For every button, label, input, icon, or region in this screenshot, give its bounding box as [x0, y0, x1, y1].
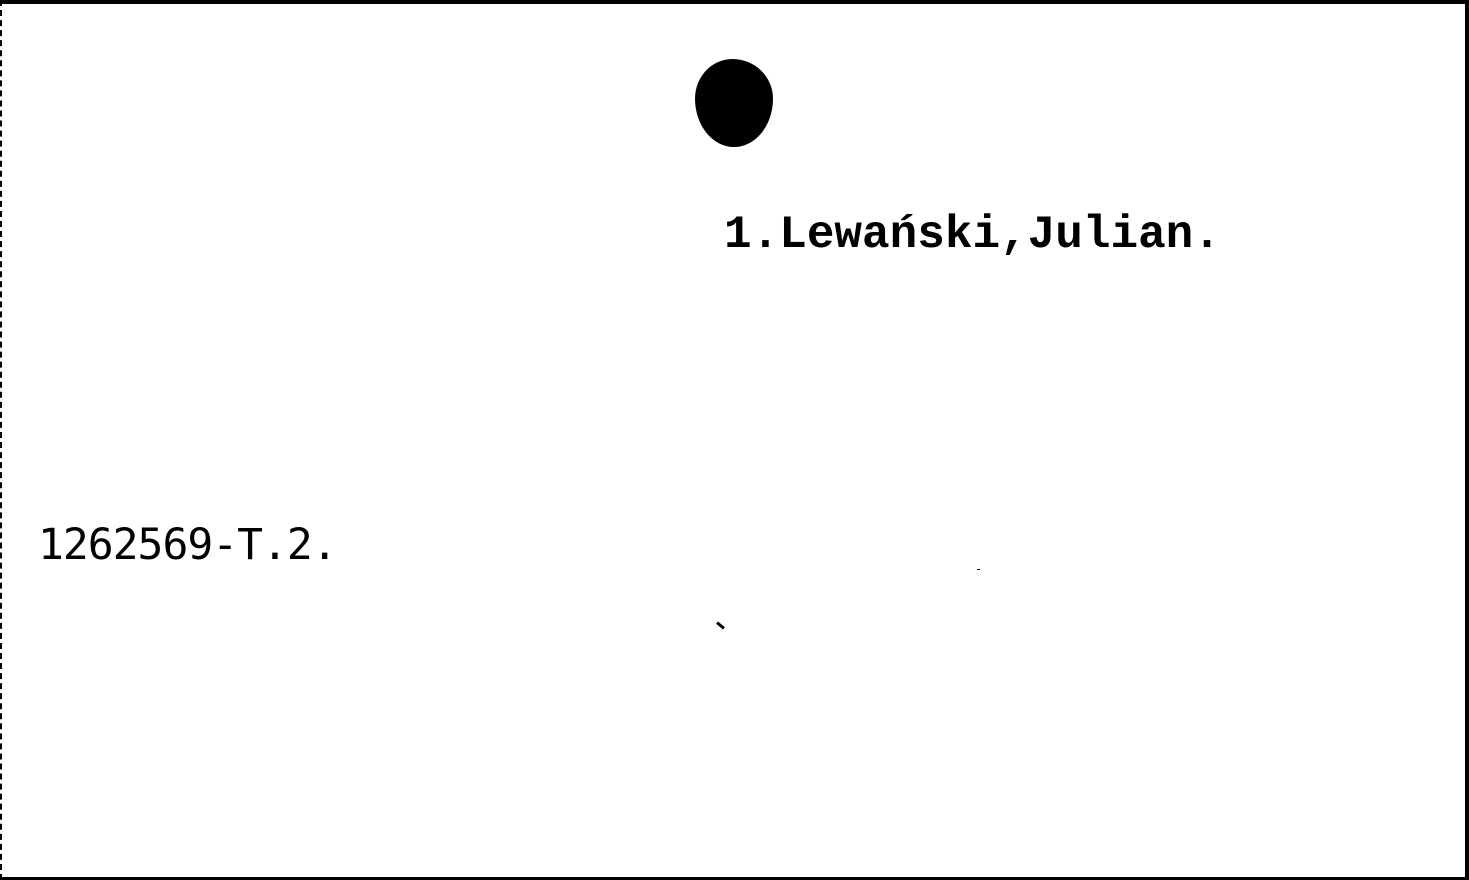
call-number: 1262569-T.2.	[38, 524, 337, 567]
ink-speck	[716, 621, 725, 629]
punch-hole	[695, 59, 773, 147]
card-heading: 1.Lewański,Julian.	[724, 212, 1221, 258]
catalog-card: 1.Lewański,Julian. 1262569-T.2.	[0, 0, 1469, 880]
ink-speck	[977, 569, 980, 570]
